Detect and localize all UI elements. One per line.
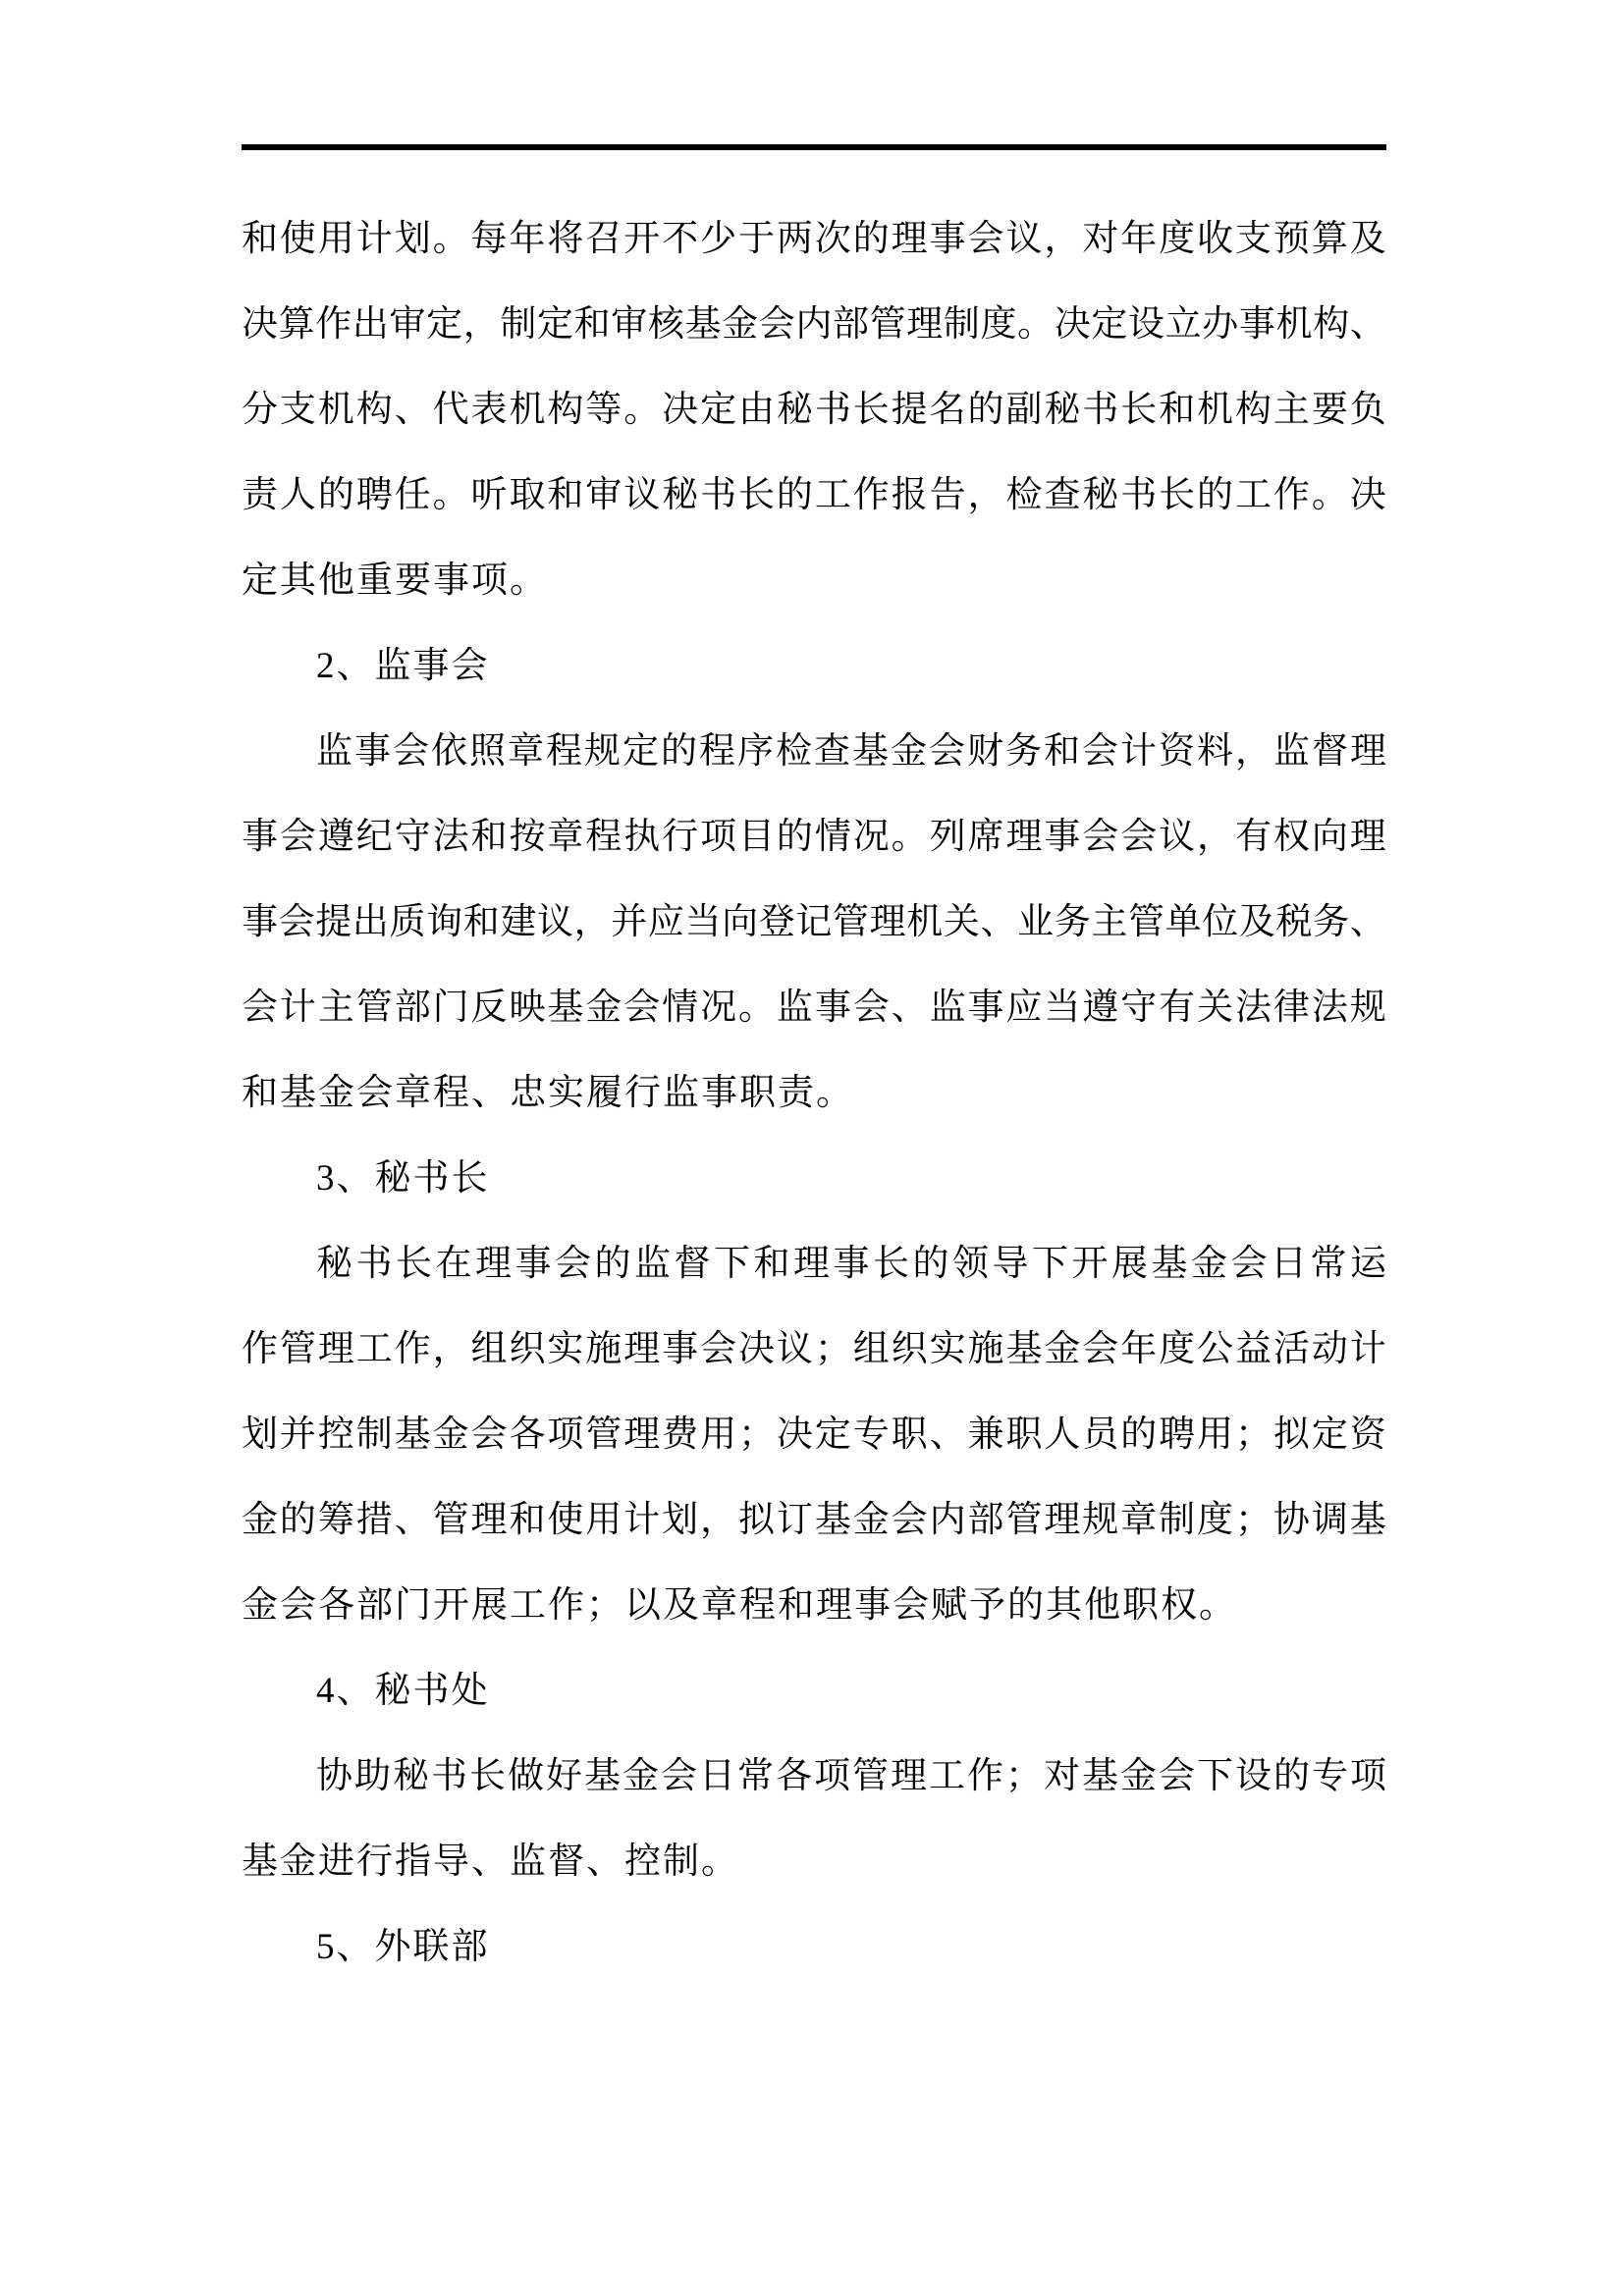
header-rule [242,144,1386,150]
text-line-13: 作管理工作，组织实施理事会决议；组织实施基金会年度公益活动计 [242,1307,1386,1392]
text-line-0: 和使用计划。每年将召开不少于两次的理事会议，对年度收支预算及 [242,196,1386,282]
text-line-18: 协助秘书长做好基金会日常各项管理工作；对基金会下设的专项 [242,1734,1386,1819]
document-body: 和使用计划。每年将召开不少于两次的理事会议，对年度收支预算及决算作出审定，制定和… [242,196,1386,1990]
text-line-7: 事会遵纪守法和按章程执行项目的情况。列席理事会会议，有权向理 [242,794,1386,880]
text-line-8: 事会提出质询和建议，并应当向登记管理机关、业务主管单位及税务、 [242,880,1386,965]
text-line-3: 责人的聘任。听取和审议秘书长的工作报告，检查秘书长的工作。决 [242,453,1386,538]
text-line-4: 定其他重要事项。 [242,538,1386,623]
text-line-16: 金会各部门开展工作；以及章程和理事会赋予的其他职权。 [242,1563,1386,1648]
text-line-1: 决算作出审定，制定和审核基金会内部管理制度。决定设立办事机构、 [242,282,1386,367]
text-line-6: 监事会依照章程规定的程序检查基金会财务和会计资料，监督理 [242,709,1386,794]
text-line-19: 基金进行指导、监督、控制。 [242,1819,1386,1904]
text-line-9: 会计主管部门反映基金会情况。监事会、监事应当遵守有关法律法规 [242,965,1386,1050]
text-line-10: 和基金会章程、忠实履行监事职责。 [242,1050,1386,1136]
heading-line-17: 4、秘书处 [242,1648,1386,1734]
text-line-12: 秘书长在理事会的监督下和理事长的领导下开展基金会日常运 [242,1221,1386,1307]
heading-line-11: 3、秘书长 [242,1136,1386,1221]
heading-line-20: 5、外联部 [242,1904,1386,1990]
heading-line-5: 2、监事会 [242,623,1386,709]
text-line-2: 分支机构、代表机构等。决定由秘书长提名的副秘书长和机构主要负 [242,367,1386,453]
text-line-15: 金的筹措、管理和使用计划，拟订基金会内部管理规章制度；协调基 [242,1477,1386,1563]
text-line-14: 划并控制基金会各项管理费用；决定专职、兼职人员的聘用；拟定资 [242,1392,1386,1477]
document-page: 和使用计划。每年将召开不少于两次的理事会议，对年度收支预算及决算作出审定，制定和… [0,0,1624,2296]
